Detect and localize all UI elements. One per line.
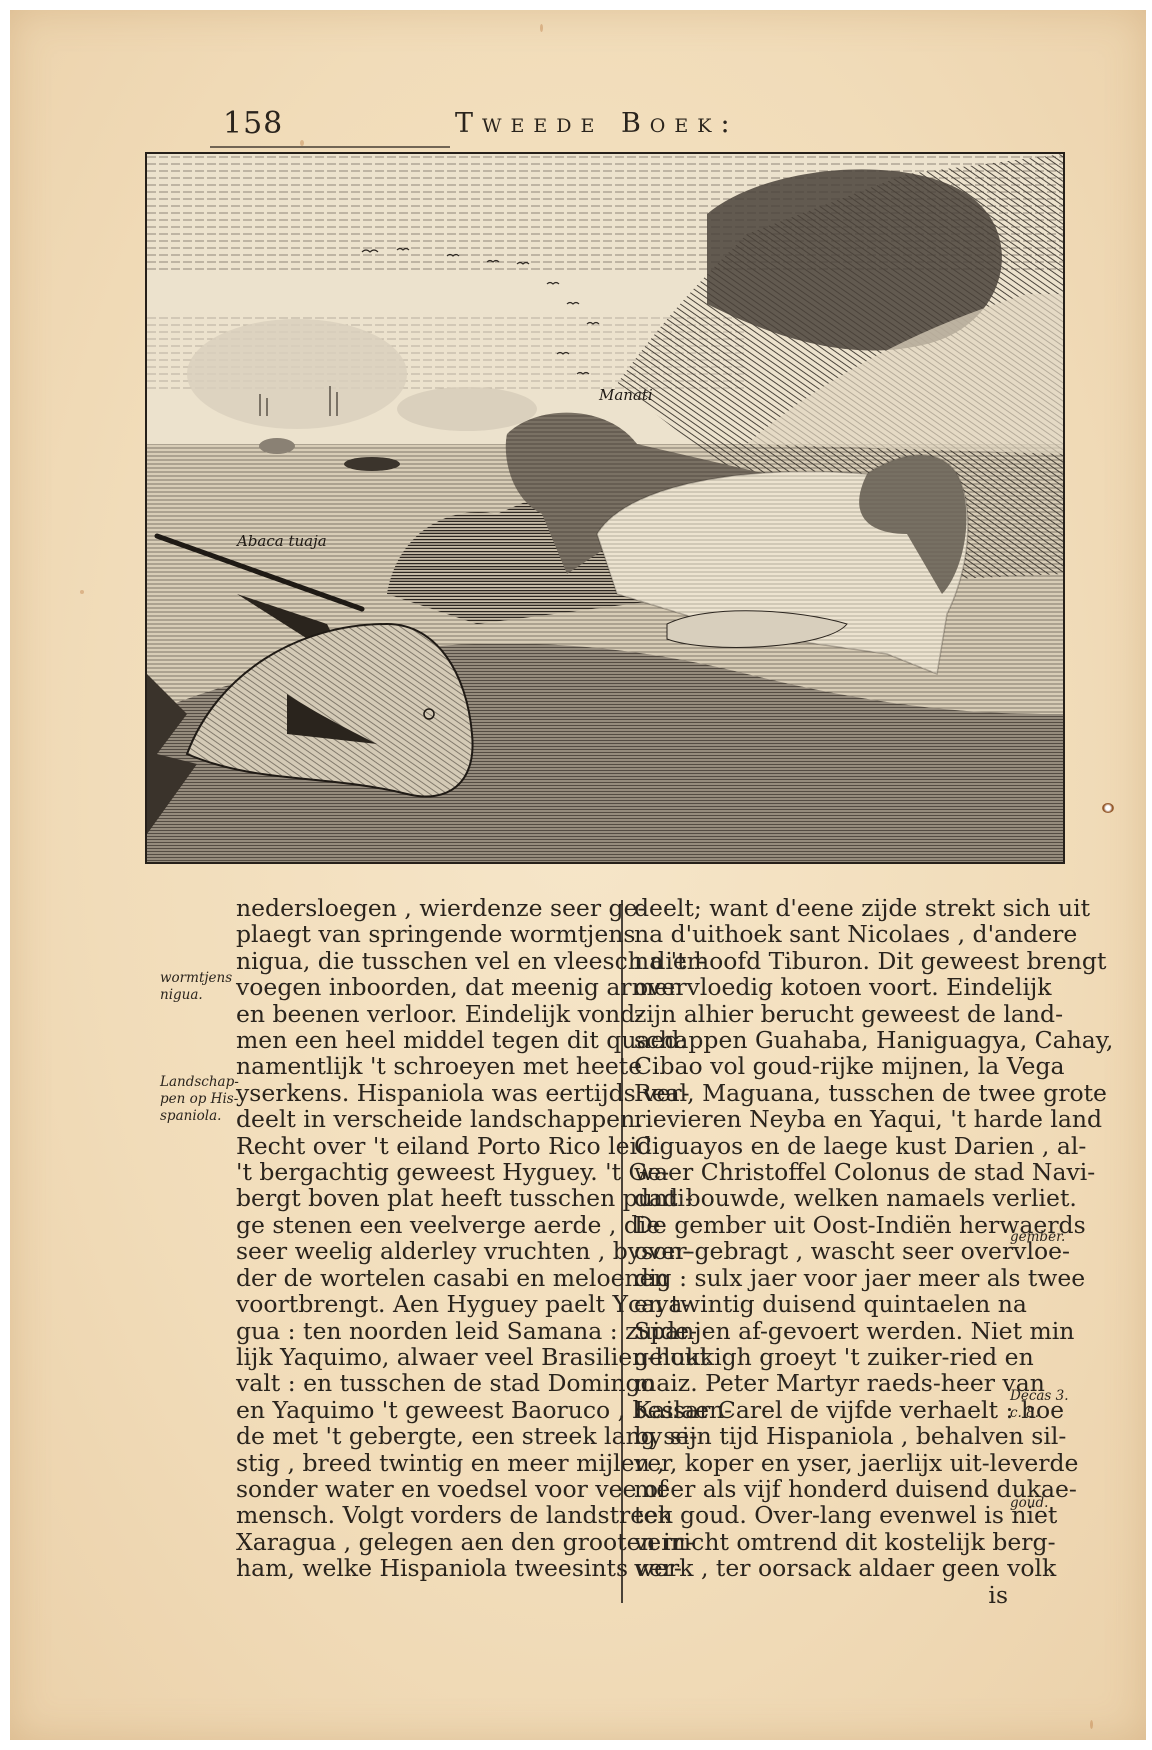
text-line: namentlijk 't schroeyen met heete <box>236 1053 616 1079</box>
foxing-spot <box>80 590 84 594</box>
text-line: over-gebragt , wascht seer overvloe- <box>634 1238 1008 1264</box>
label-manati: Manati <box>599 386 653 404</box>
text-line: yserkens. Hispaniola was eertijds ver- <box>236 1080 616 1106</box>
margin-note-line: Landschap- <box>160 1074 239 1091</box>
text-line: voegen inboorden, dat meenig armen <box>236 974 616 1000</box>
text-line: gua : ten noorden leid Samana : zuide- <box>236 1318 616 1344</box>
text-line: men een heel middel tegen dit quaed: <box>236 1027 616 1053</box>
text-line: en Yaquimo 't geweest Baoruco , beslaen- <box>236 1397 616 1423</box>
text-line: nedersloegen , wierdenze seer ge- <box>236 895 616 921</box>
margin-note-wormtjens: wormtjens nigua. <box>160 970 232 1004</box>
text-line: Ciguayos en de laege kust Darien , al- <box>634 1133 1008 1159</box>
text-line: rievieren Neyba en Yaqui, 't harde land <box>634 1106 1008 1132</box>
text-line: na d'uithoek sant Nicolaes , d'andere <box>634 921 1008 947</box>
margin-note-line: spaniola. <box>160 1108 239 1125</box>
head-rule <box>210 146 450 148</box>
text-line: 't bergachtig geweest Hyguey. 't Ge- <box>236 1159 616 1185</box>
text-line: Xaragua , gelegen aen den grooten in- <box>236 1529 616 1555</box>
margin-note-line: nigua. <box>160 987 232 1004</box>
text-line: ham, welke Hispaniola tweesints ver- <box>236 1555 616 1581</box>
text-line: plaegt van springende wormtjens <box>236 921 616 947</box>
text-line: deelt in verscheide landschappen. <box>236 1106 616 1132</box>
margin-note-line: wormtjens <box>160 970 232 987</box>
text-line: overvloedig kotoen voort. Eindelijk <box>634 974 1008 1000</box>
text-line: ver, koper en yser, jaerlijx uit-leverde <box>634 1450 1008 1476</box>
book-page: 158 Tweede Boek: <box>10 10 1146 1740</box>
text-column-left: nedersloegen , wierdenze seer ge- plaegt… <box>236 895 616 1582</box>
text-line: waer Christoffel Colonus de stad Navi- <box>634 1159 1008 1185</box>
text-line: meer als vijf honderd duisend dukae- <box>634 1476 1008 1502</box>
text-line: maiz. Peter Martyr raeds-heer van <box>634 1370 1008 1396</box>
text-line: dig : sulx jaer voor jaer meer als twee <box>634 1265 1008 1291</box>
text-line: stig , breed twintig en meer mijlen , <box>236 1450 616 1476</box>
catchword: is <box>634 1582 1008 1608</box>
text-column-right: deelt; want d'eene zijde strekt sich uit… <box>634 895 1008 1608</box>
paper-burn-hole <box>1102 803 1114 813</box>
text-line: sonder water en voedsel voor vee of <box>236 1476 616 1502</box>
text-line: de met 't gebergte, een streek lang se- <box>236 1423 616 1449</box>
text-line: valt : en tusschen de stad Domingo <box>236 1370 616 1396</box>
margin-note-landschappen: Landschap- pen op His- spaniola. <box>160 1074 239 1125</box>
text-line: by sijn tijd Hispaniola , behalven sil- <box>634 1423 1008 1449</box>
text-line: na 't hoofd Tiburon. Dit geweest brengt <box>634 948 1008 974</box>
text-line: en beenen verloor. Eindelijk vond- <box>236 1001 616 1027</box>
running-title: Tweede Boek: <box>455 108 739 139</box>
text-line: en twintig duisend quintaelen na <box>634 1291 1008 1317</box>
text-line: ge stenen een veelverge aerde , die <box>236 1212 616 1238</box>
text-line: verricht omtrend dit kostelijk berg- <box>634 1529 1008 1555</box>
margin-note-line: pen op His- <box>160 1091 239 1108</box>
text-line: Real, Maguana, tusschen de twee grote <box>634 1080 1008 1106</box>
text-line: Spanjen af-gevoert werden. Niet min <box>634 1318 1008 1344</box>
engraving-illustration: Manati Abaca tuaja <box>145 152 1065 864</box>
foxing-spot <box>540 24 543 32</box>
text-line: schappen Guahaba, Haniguagya, Cahay, <box>634 1027 1008 1053</box>
foxing-spot <box>1090 1720 1093 1729</box>
page-number: 158 <box>223 106 283 141</box>
text-line: gelukkigh groeyt 't zuiker-ried en <box>634 1344 1008 1370</box>
text-line: dad bouwde, welken namaels verliet. <box>634 1185 1008 1211</box>
text-line: Cibao vol goud-rijke mijnen, la Vega <box>634 1053 1008 1079</box>
text-line: der de wortelen casabi en meloenen <box>236 1265 616 1291</box>
text-line: voortbrengt. Aen Hyguey paelt Ycaya- <box>236 1291 616 1317</box>
text-line: lijk Yaquimo, alwaer veel Brasilien-hout <box>236 1344 616 1370</box>
text-line: werk , ter oorsack aldaer geen volk <box>634 1555 1008 1581</box>
text-line: mensch. Volgt vorders de landstreek <box>236 1502 616 1528</box>
text-line: bergt boven plat heeft tusschen punti- <box>236 1185 616 1211</box>
label-abaca-tuaja: Abaca tuaja <box>237 532 327 550</box>
text-line: Kaisar Carel de vijfde verhaelt : hoe <box>634 1397 1008 1423</box>
text-line: deelt; want d'eene zijde strekt sich uit <box>634 895 1008 921</box>
text-line: seer weelig alderley vruchten , byson- <box>236 1238 616 1264</box>
text-line: nigua, die tusschen vel en vleesch dier- <box>236 948 616 974</box>
running-head: 158 Tweede Boek: <box>10 106 1146 146</box>
text-line: De gember uit Oost-Indiën herwaerds <box>634 1212 1008 1238</box>
engraving-art <box>147 154 1063 862</box>
text-line: zijn alhier berucht geweest de land- <box>634 1001 1008 1027</box>
text-line: Recht over 't eiland Porto Rico leid <box>236 1133 616 1159</box>
text-line: ten goud. Over-lang evenwel is niet <box>634 1502 1008 1528</box>
